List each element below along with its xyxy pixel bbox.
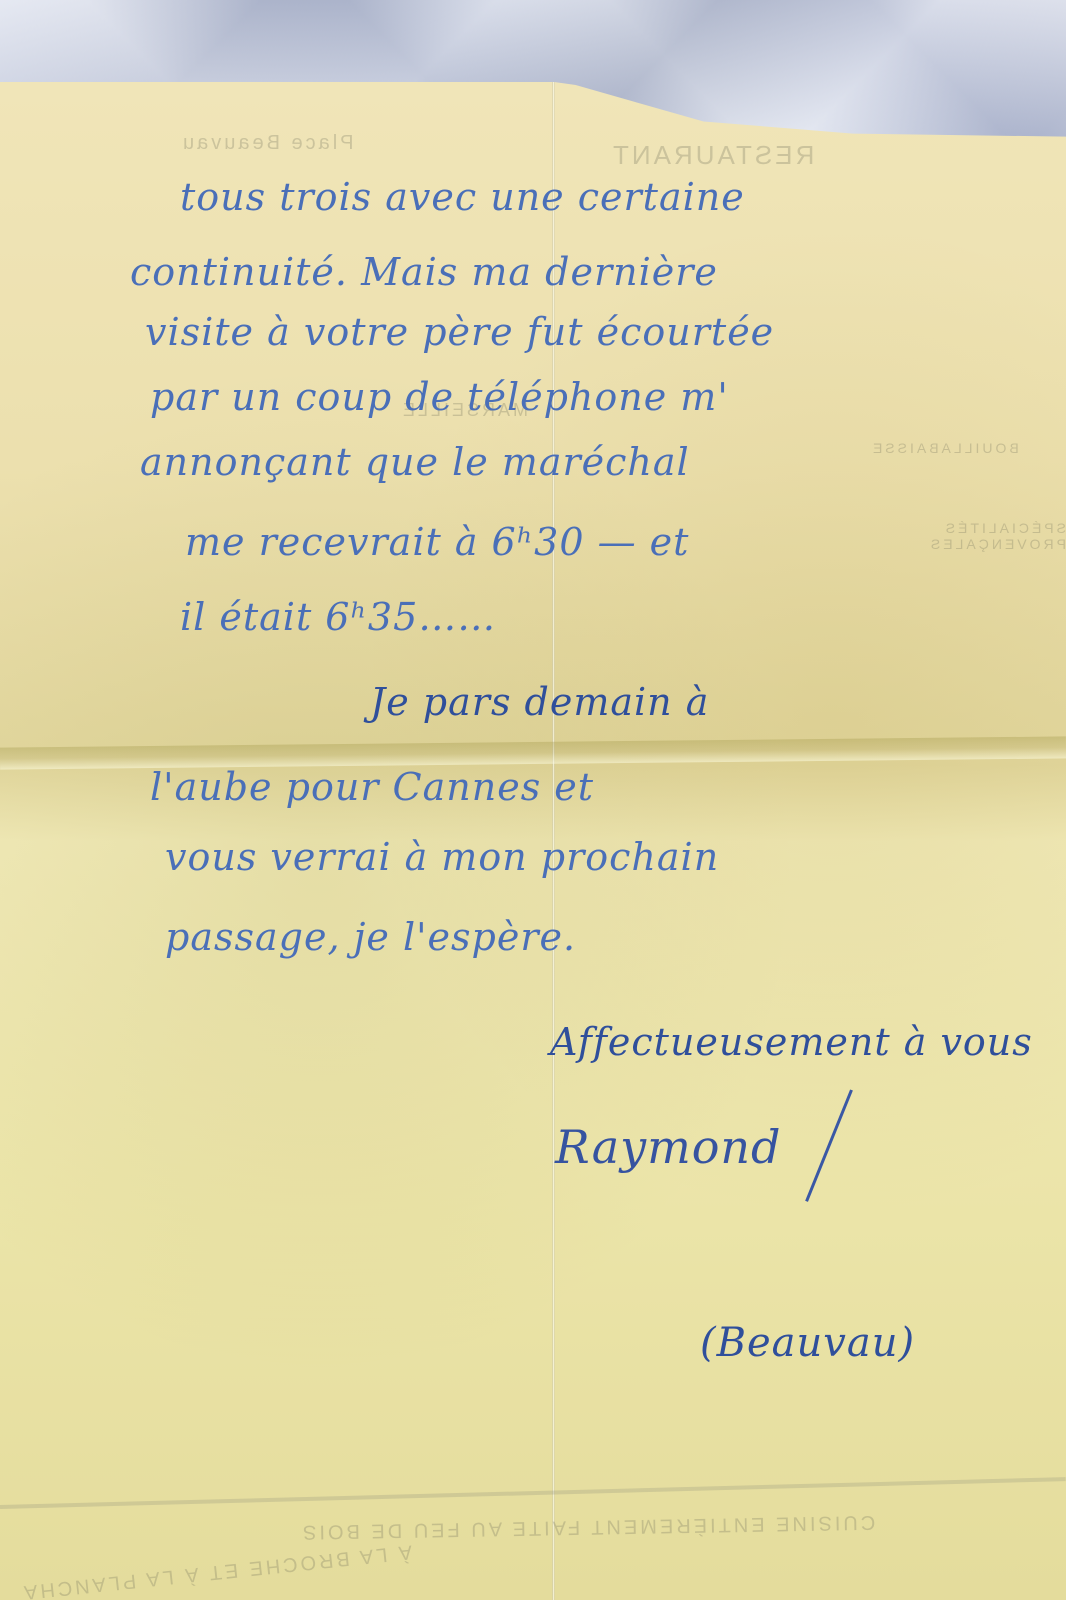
ghost-letterhead-mid-3: BOUILLABAISSE [870, 440, 1019, 456]
signature: Raymond [555, 1120, 782, 1174]
ghost-letterhead-mid-2: SPÉCIALITÉS PROVENÇALES [860, 520, 1066, 552]
letter-line-10: vous verrai à mon prochain [165, 835, 719, 879]
letter-line-1: tous trois avec une certaine [180, 175, 745, 219]
letter-line-4: par un coup de téléphone m' [150, 375, 729, 419]
letter-closing: Affectueusement à vous [550, 1020, 1033, 1064]
signature-note: (Beauvau) [700, 1320, 915, 1366]
letter-line-3: visite à votre père fut écourtée [145, 310, 774, 354]
ghost-letterhead-top-left: Place Beauvau [180, 132, 354, 155]
ghost-letterhead-top-right: RESTAURANT [610, 140, 814, 171]
letter-line-9: l'aube pour Cannes et [150, 765, 594, 809]
letter-line-7: il était 6ʰ35…… [180, 595, 496, 639]
letter-line-11: passage, je l'espère. [165, 915, 576, 959]
letter-line-8: Je pars demain à [370, 680, 709, 724]
letter-line-5: annonçant que le maréchal [140, 440, 690, 484]
letter-line-2: continuité. Mais ma dernière [130, 250, 718, 294]
letter-line-6: me recevrait à 6ʰ30 — et [185, 520, 689, 564]
